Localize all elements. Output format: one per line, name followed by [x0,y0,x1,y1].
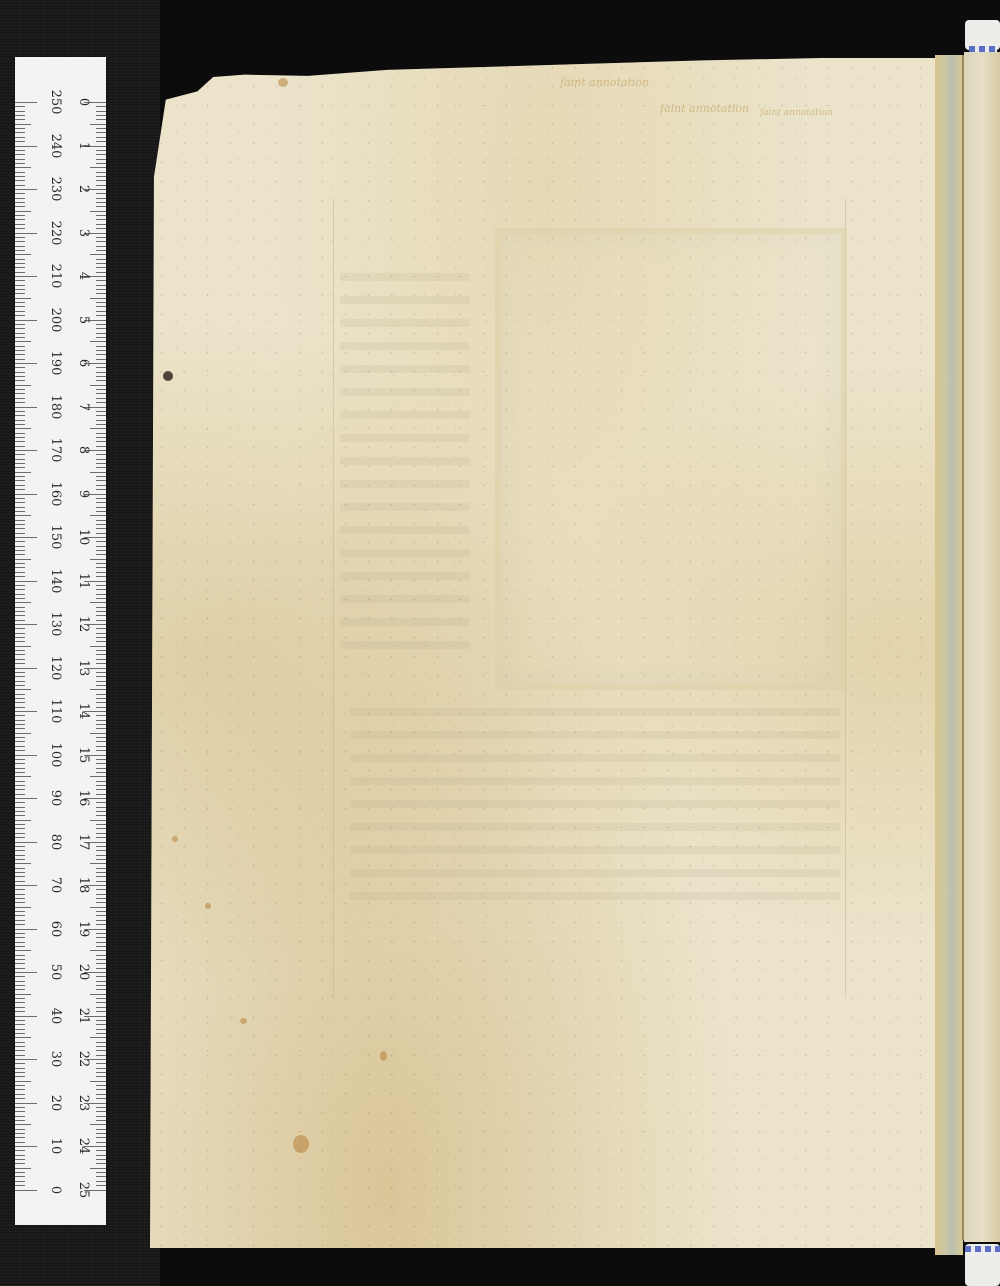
ghost-text-line [350,754,840,762]
ruler-tick [15,302,25,303]
ruler-tick [96,498,106,499]
ruler-tick [15,637,25,638]
ruler-tick [15,259,25,260]
ruler-tick [15,311,25,312]
ruler-tick [15,833,25,834]
ruler-tick [15,889,25,890]
ruler-tick [15,398,25,399]
ruler-mm-label: 70 [48,865,62,905]
ruler-tick [15,1107,25,1108]
ruler-tick [15,554,25,555]
ruler-tick [15,911,25,912]
ruler-tick [15,393,25,394]
ruler-tick [15,624,37,625]
ruler-tick [96,546,106,547]
ruler-tick [15,963,25,964]
ruler-tick [15,733,31,734]
ghost-text-line [340,411,470,419]
ruler-tick [96,998,106,999]
ruler-tick [96,920,106,921]
ruler-tick [15,206,25,207]
ruler-tick [15,868,25,869]
ruler-tick [15,563,25,564]
ruler-tick [96,1111,106,1112]
ruler-tick [90,559,106,560]
ruler-tick [96,476,106,477]
ruler-tick [15,1072,25,1073]
ruler-tick [15,807,25,808]
ruler-tick [15,689,31,690]
measuring-ruler: 0250124022303220421052006190718081709160… [15,57,106,1225]
ruler-tick [96,554,106,555]
ruler-tick [96,163,106,164]
ruler-tick [15,846,25,847]
ruler-tick [15,628,25,629]
ruler-tick [15,711,37,712]
ruler-tick [15,446,25,447]
ruler-tick [96,267,106,268]
ruler-tick [96,659,106,660]
ruler-cm-label: 13 [76,648,90,688]
ruler-cm-label: 18 [76,865,90,905]
ruler-tick [15,837,25,838]
ruler-tick [15,1037,31,1038]
ruler-tick [15,202,25,203]
ruler-tick [96,1155,106,1156]
ruler-tick [96,942,106,943]
ghost-text-line [340,618,470,626]
ruler-tick [15,955,25,956]
ruler-tick [96,402,106,403]
ghost-text-line [340,526,470,534]
binding-thread [969,46,997,52]
ruler-tick [15,415,25,416]
ruler-tick [96,433,106,434]
ruler-tick [96,180,106,181]
ruler-tick [15,1011,25,1012]
ruler-mm-label: 150 [48,517,62,557]
ruler-tick [15,633,25,634]
ruler-tick [15,707,25,708]
ruler-tick [15,541,25,542]
ghost-text-line [340,503,470,511]
ruler-tick [90,602,106,603]
ruler-tick [15,306,25,307]
ruler-tick [15,363,37,364]
ruler-tick [15,1024,25,1025]
ruler-tick [15,546,25,547]
ruler-tick [96,467,106,468]
ruler-tick [15,411,25,412]
ruler-tick [15,193,25,194]
ruler-tick [15,1059,37,1060]
ruler-tick [15,450,37,451]
ruler-tick [15,224,25,225]
ruler-tick [15,1176,25,1177]
ruler-tick [15,428,31,429]
ruler-tick [15,746,25,747]
ruler-tick [15,985,25,986]
ruler-tick [15,276,37,277]
ruler-tick [15,924,25,925]
ruler-cm-label: 22 [76,1039,90,1079]
ruler-tick [96,672,106,673]
ruler-mm-label: 30 [48,1039,62,1079]
ruler-tick [15,233,37,234]
ruler-tick [15,1016,37,1017]
ruler-tick [96,533,106,534]
ruler-tick [15,663,25,664]
ruler-tick [90,646,106,647]
ruler-tick [90,1037,106,1038]
ruler-tick [96,411,106,412]
ruler-tick [96,193,106,194]
ruler-cm-label: 15 [76,735,90,775]
ruler-tick [96,859,106,860]
ruler-tick [96,802,106,803]
ruler-tick [96,1063,106,1064]
ruler-tick [96,855,106,856]
ruler-tick [96,224,106,225]
ruler-tick [15,263,25,264]
ruler-mm-label: 40 [48,996,62,1036]
ruler-tick [96,589,106,590]
ruler-tick [90,994,106,995]
ruler-tick [15,794,25,795]
ruler-tick [96,654,106,655]
ruler-tick [15,154,25,155]
ruler-tick [96,563,106,564]
ruler-tick [15,789,25,790]
ruler-tick [15,1020,25,1021]
ruler-tick [96,850,106,851]
ruler-tick [15,324,25,325]
ruler-tick [15,180,25,181]
ghost-text-line [350,708,840,716]
ruler-tick [15,111,25,112]
ruler-tick [15,994,31,995]
ruler-tick [15,1046,25,1047]
ruler-tick [96,1011,106,1012]
ruler-tick [96,237,106,238]
ruler-tick [15,894,25,895]
ruler-tick [15,1098,25,1099]
ghost-text-line [340,595,470,603]
ruler-tick [15,472,31,473]
ruler-tick [15,485,25,486]
ruler-tick [15,350,25,351]
ruler-tick [15,1159,25,1160]
ruler-tick [96,550,106,551]
ruler-tick [15,654,25,655]
ruler-tick [96,811,106,812]
ruler-tick [96,489,106,490]
ruler-mm-label: 170 [48,430,62,470]
ruler-tick [96,902,106,903]
ruler-cm-label: 5 [76,300,90,340]
ruler-tick [96,306,106,307]
ruler-tick [15,559,31,560]
ruler-tick [15,715,25,716]
ruler-tick [15,354,25,355]
ruler-tick [15,128,25,129]
ruler-mm-label: 160 [48,474,62,514]
ruler-tick [15,798,37,799]
ruler-tick [96,507,106,508]
ruler-tick [96,741,106,742]
ruler-tick [15,1007,25,1008]
ruler-cm-label: 9 [76,474,90,514]
ruler-tick [96,611,106,612]
ruler-tick [96,1024,106,1025]
ruler-tick [96,807,106,808]
ruler-mm-label: 130 [48,604,62,644]
ruler-tick [15,480,25,481]
ruler-tick [15,802,25,803]
ruler-tick [96,681,106,682]
ruler-tick [15,402,25,403]
ruler-tick [15,141,25,142]
ruler-tick [15,507,25,508]
ruler-tick [15,737,25,738]
ruler-mm-label: 240 [48,126,62,166]
ruler-tick [96,1137,106,1138]
ghost-text-line [340,319,470,327]
ruler-tick [96,150,106,151]
ruler-tick [15,907,31,908]
ruler-tick [15,515,31,516]
ruler-tick [96,737,106,738]
ruler-tick [15,950,31,951]
ruler-tick [15,137,25,138]
ghost-text-line [340,273,470,281]
ruler-tick [96,724,106,725]
ruler-tick [15,607,25,608]
binding-thread [965,1246,1000,1252]
ruler-tick [96,898,106,899]
ruler-tick [96,698,106,699]
ruler-tick [96,1116,106,1117]
ruler-tick [96,337,106,338]
ruler-tick [15,811,25,812]
ruler-tick [15,328,25,329]
ruler-tick [96,872,106,873]
ruler-tick [15,533,25,534]
ruler-tick [15,946,25,947]
ruler-tick [15,589,25,590]
ruler-tick [90,254,106,255]
ghost-text-line [340,480,470,488]
ruler-tick [96,259,106,260]
ruler-tick [96,894,106,895]
ruler-tick [96,172,106,173]
ruler-tick [15,594,25,595]
ruler-tick [96,728,106,729]
ruler-tick [15,341,31,342]
ruler-tick [15,241,25,242]
ruler-tick [96,1068,106,1069]
ruler-tick [90,298,106,299]
ruler-tick [15,285,25,286]
ghost-text-line [340,549,470,557]
ruler-tick [96,1181,106,1182]
ruler-tick [96,437,106,438]
ruler-tick [96,833,106,834]
ruler-tick [96,206,106,207]
ruler-tick [15,333,25,334]
ruler-tick [96,424,106,425]
ruler-tick [15,998,25,999]
ruler-tick [15,159,25,160]
ruler-tick [15,124,31,125]
ghost-text-line [340,365,470,373]
ghost-text-line [340,296,470,304]
ruler-tick [15,937,25,938]
ruler-tick [15,1116,25,1117]
ruler-tick [15,176,25,177]
ruler-tick [15,1063,25,1064]
ruler-tick [96,720,106,721]
ruler-tick [15,768,25,769]
ruler-tick [96,968,106,969]
ruler-tick [15,694,25,695]
ruler-tick [96,137,106,138]
ruler-tick [15,1129,25,1130]
ruler-tick [96,694,106,695]
ruler-tick [96,750,106,751]
ruler-tick [96,772,106,773]
marginalia-note: faint annotation [660,102,749,115]
ruler-tick [15,828,25,829]
ruler-tick [15,1089,25,1090]
ruler-tick [96,1185,106,1186]
ruler-tick [96,641,106,642]
ruler-tick [90,515,106,516]
ruler-tick [15,850,25,851]
ruler-tick [15,824,25,825]
ruler-tick [96,1159,106,1160]
ruler-mm-label: 180 [48,387,62,427]
ruler-tick [96,1085,106,1086]
ruler-tick [96,202,106,203]
ruler-tick [15,585,25,586]
ruler-tick [90,776,106,777]
ruler-tick [15,1068,25,1069]
ruler-tick [90,820,106,821]
ruler-mm-label: 10 [48,1126,62,1166]
ruler-tick [96,976,106,977]
ruler-tick [15,337,25,338]
ruler-tick [96,1142,106,1143]
ruler-tick [96,441,106,442]
adjacent-leaf [964,52,1000,1242]
ruler-tick [15,215,25,216]
ruler-tick [15,250,25,251]
ruler-tick [96,707,106,708]
ruler-tick [15,581,37,582]
ruler-tick [96,824,106,825]
ruler-tick [96,520,106,521]
ruler-tick [96,637,106,638]
ruler-cm-label: 0 [76,82,90,122]
ruler-tick [96,889,106,890]
ruler-tick [96,141,106,142]
ruler-tick [96,315,106,316]
ruler-tick [96,511,106,512]
ruler-mm-label: 0 [48,1170,62,1210]
stain [380,1051,387,1061]
ruler-tick [15,385,31,386]
ruler-tick [90,341,106,342]
gutter [935,55,963,1255]
ghost-text-line [340,572,470,580]
ruler-tick [15,676,25,677]
ruler-tick [15,511,25,512]
ruler-tick [15,467,25,468]
ruler-tick [96,389,106,390]
ruler-tick [15,815,25,816]
ruler-tick [15,420,25,421]
ruler-tick [15,1050,25,1051]
ruler-tick [15,494,37,495]
ruler-tick [15,859,25,860]
ruler-tick [96,541,106,542]
ruler-tick [15,198,25,199]
ruler-tick [96,1163,106,1164]
ruler-tick [96,354,106,355]
ruler-tick [15,1190,37,1191]
ruler-tick [15,929,37,930]
marginalia-note: faint annotation [560,76,649,89]
ruler-tick [90,733,106,734]
ruler-cm-label: 17 [76,822,90,862]
ruler-tick [96,528,106,529]
ruler-tick [15,576,25,577]
ruler-tick [15,293,25,294]
ruler-tick [96,959,106,960]
ruler-tick [96,768,106,769]
ruler-tick [96,128,106,129]
ruler-tick [15,981,25,982]
ruler-tick [15,102,37,103]
ruler-tick [96,333,106,334]
ruler-tick [15,646,31,647]
ruler-tick [15,698,25,699]
ruler-tick [96,380,106,381]
stain [240,1018,247,1024]
ruler-tick [15,702,25,703]
ruler-tick [96,846,106,847]
ruler-cm-label: 6 [76,343,90,383]
ruler-tick [96,1055,106,1056]
ruler-tick [96,1094,106,1095]
ruler-tick [96,324,106,325]
ruler-tick [96,1176,106,1177]
ruler-tick [15,424,25,425]
ruler-tick [15,172,25,173]
ruler-mm-label: 220 [48,213,62,253]
ruler-tick [96,815,106,816]
ruler-tick [15,502,25,503]
ruler-cm-label: 3 [76,213,90,253]
ruler-cm-label: 10 [76,517,90,557]
ruler-tick [96,1029,106,1030]
ruler-tick [15,681,25,682]
ruler-cm-label: 7 [76,387,90,427]
ruler-tick [15,611,25,612]
ruler-tick [90,124,106,125]
ruler-tick [96,367,106,368]
